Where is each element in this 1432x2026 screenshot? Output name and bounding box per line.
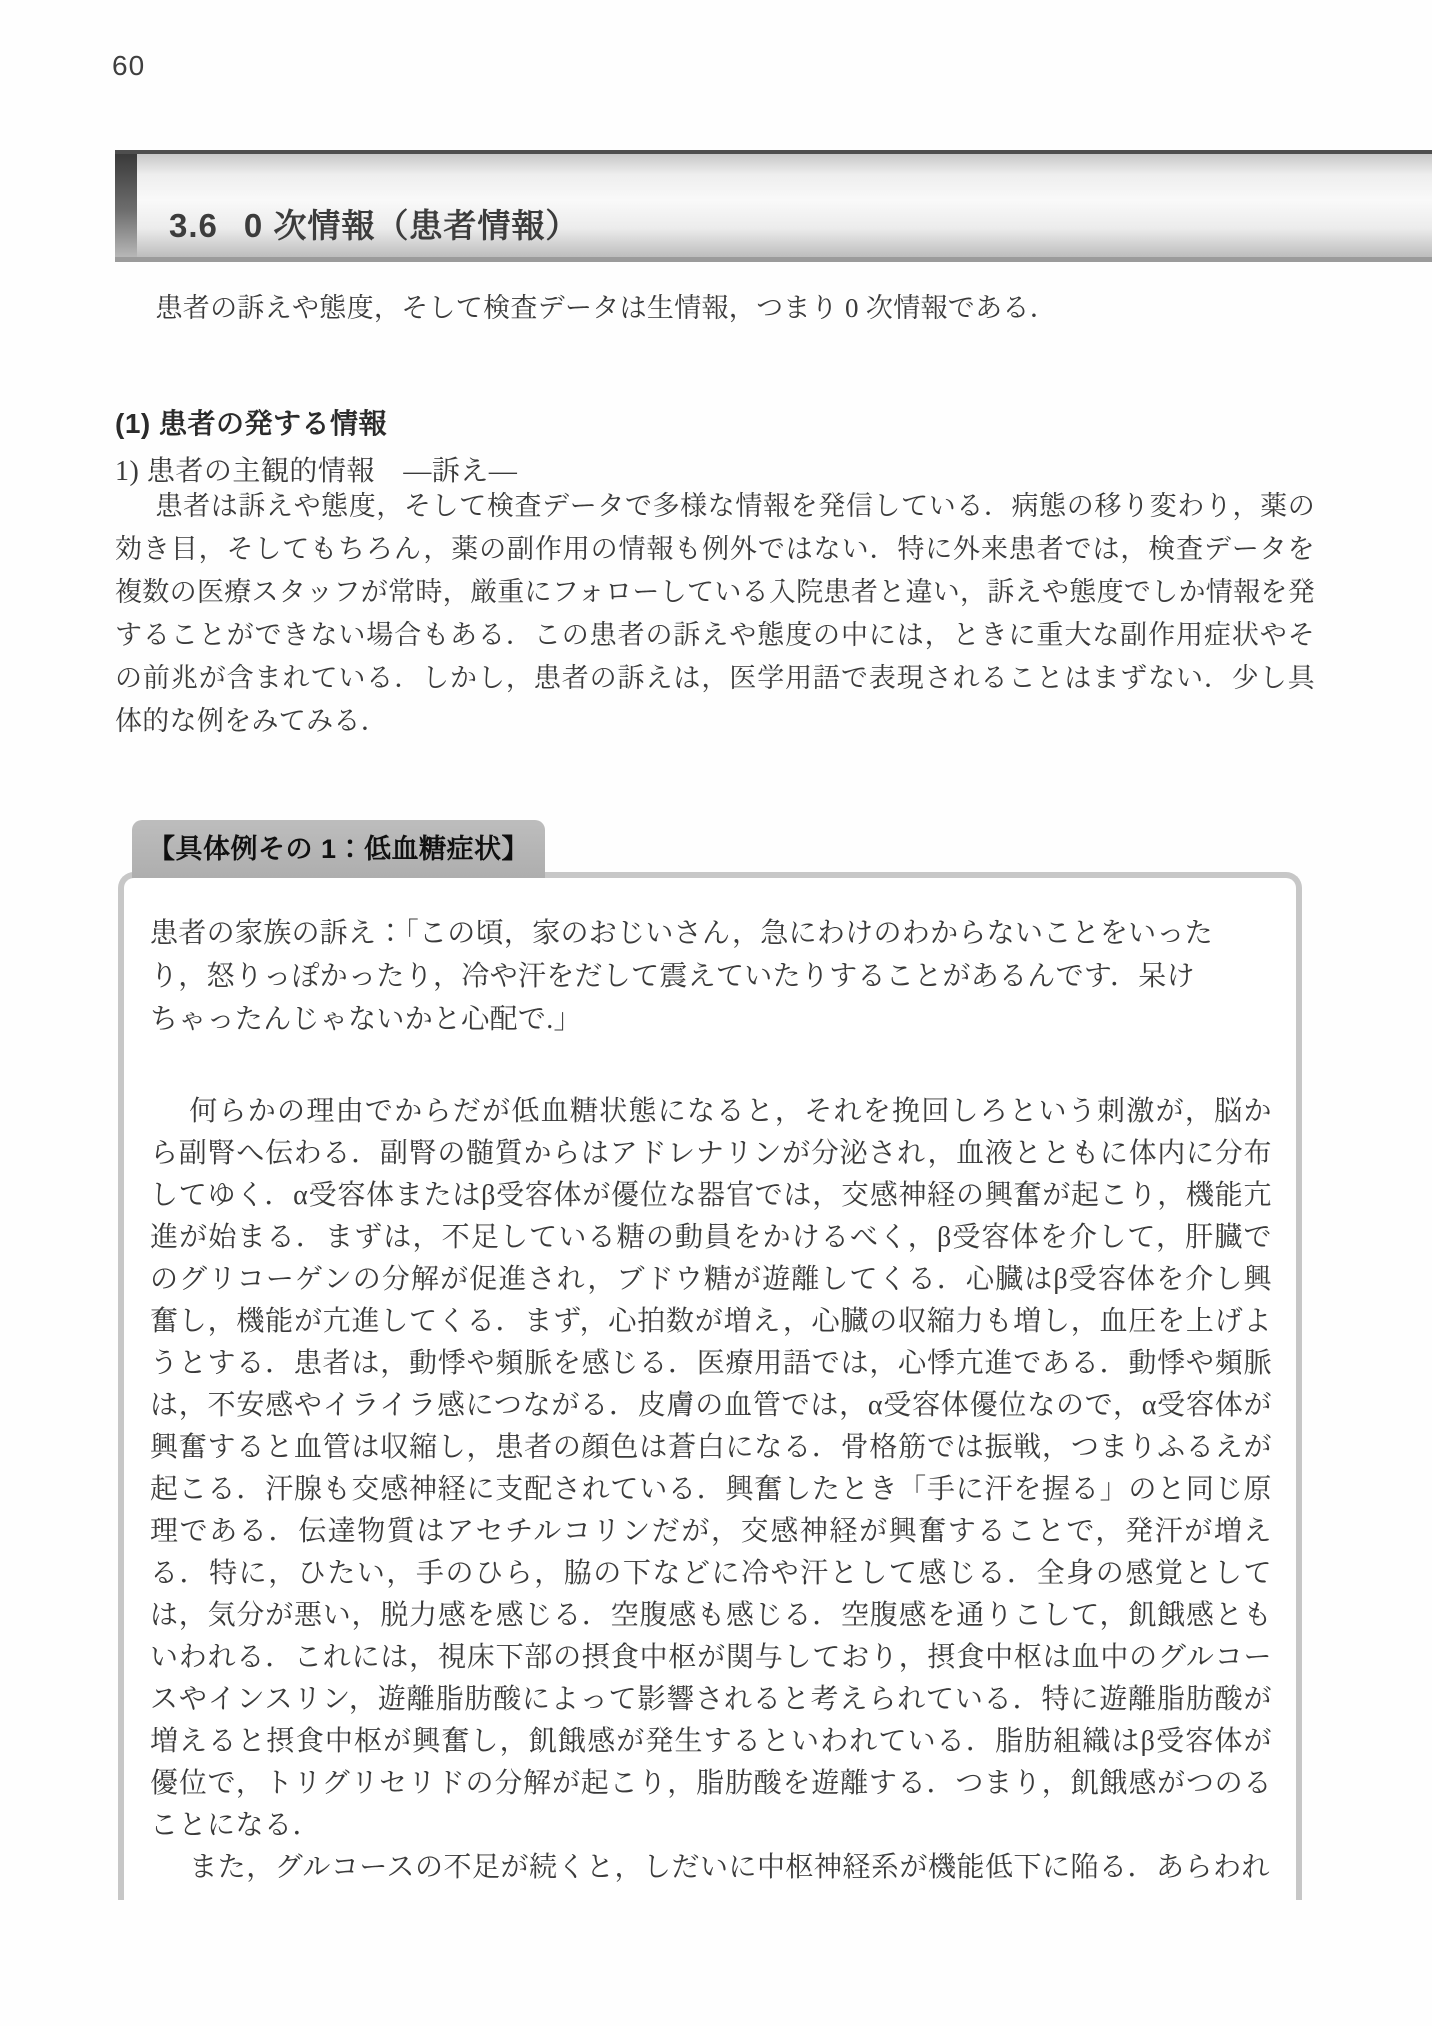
example-paragraph-2: また，グルコースの不足が続くと，しだいに中枢神経系が機能低下に陥る．あらわれ: [150, 1847, 1272, 1889]
patient-family-quote: 患者の家族の訴え：「この頃，家のおじいさん，急にわけのわからないことをいったり，…: [150, 912, 1220, 1041]
page-number: 60: [112, 50, 145, 82]
example-paragraph-1: 何らかの理由でからだが低血糖状態になると，それを挽回しろという刺激が，脳から副腎…: [150, 1091, 1272, 1847]
subsection-subheading: 1) 患者の主観的情報 ―訴え―: [115, 449, 517, 489]
body-paragraph: 患者は訴えや態度，そして検査データで多様な情報を発信している．病態の移り変わり，…: [115, 485, 1315, 743]
section-header: 3.60 次情報（患者情報）: [115, 150, 1432, 262]
section-number: 3.6: [169, 207, 218, 244]
example-box-tab: 【具体例その 1：低血糖症状】: [132, 820, 545, 878]
section-header-accent-bar: [115, 154, 137, 257]
section-title: 3.60 次情報（患者情報）: [169, 200, 579, 247]
document-page: 60 3.60 次情報（患者情報） 患者の訴えや態度，そして検査データは生情報，…: [0, 0, 1432, 2026]
example-box-frame: 患者の家族の訴え：「この頃，家のおじいさん，急にわけのわからないことをいったり，…: [118, 872, 1302, 1900]
intro-paragraph: 患者の訴えや態度，そして検査データは生情報，つまり 0 次情報である．: [115, 287, 1315, 330]
section-title-text: 0 次情報（患者情報）: [244, 207, 580, 244]
subsection-heading: (1) 患者の発する情報: [115, 402, 387, 442]
